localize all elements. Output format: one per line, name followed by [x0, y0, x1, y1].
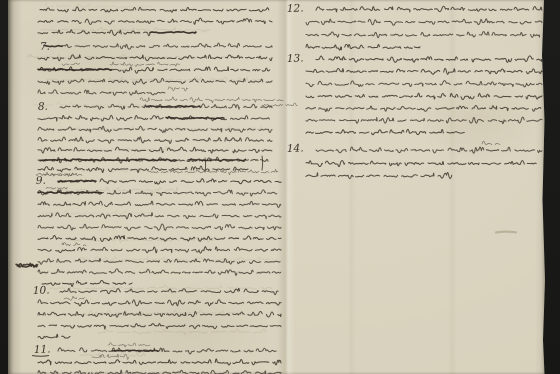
paragraph-number: 13. — [287, 52, 304, 65]
manuscript-scan: 7.8.9.10.11.12.13.14. — [8, 0, 545, 374]
paragraph-number: 8. — [38, 101, 48, 113]
handwriting-line — [38, 55, 272, 61]
paragraph-item-8: 8. — [36, 97, 283, 176]
strikethrough-mark — [188, 159, 246, 161]
paragraph-item-14: 14. — [287, 141, 542, 178]
interlinear-insert — [148, 169, 278, 175]
manuscript-page-right: 12.13.14. — [262, 2, 542, 178]
handwriting-line — [38, 224, 281, 230]
strikethrough-mark — [150, 32, 196, 33]
handwriting-line — [38, 311, 281, 317]
handwriting-line — [306, 19, 542, 25]
interlinear-insert — [482, 141, 500, 144]
handwriting-line — [38, 126, 272, 132]
handwriting-line — [38, 334, 70, 338]
handwriting-line — [38, 137, 272, 144]
insertion-tick-mark — [205, 158, 206, 172]
interlinear-insert — [110, 62, 180, 66]
paragraph-number: 7. — [40, 41, 50, 53]
handwriting-line — [58, 348, 276, 354]
handwriting-line — [38, 90, 165, 96]
paragraph-item-continued — [38, 7, 272, 36]
strikethrough-mark — [38, 192, 102, 194]
handwriting-line — [306, 173, 452, 179]
handwriting-line — [316, 147, 542, 153]
scan-viewport: 7.8.9.10.11.12.13.14. — [0, 0, 560, 374]
handwriting-line — [38, 323, 281, 329]
handwriting-line — [62, 43, 272, 49]
strikethrough-mark — [112, 350, 158, 351]
interlinear-insert — [140, 97, 283, 103]
handwriting-line — [306, 129, 464, 134]
handwriting-line — [38, 115, 269, 121]
paragraph-number: 10. — [33, 284, 50, 297]
interlinear-insert — [46, 187, 67, 189]
pencil-smudge — [496, 232, 516, 233]
paragraph-item-11: 11. — [32, 342, 281, 374]
interlinear-insert — [62, 63, 80, 65]
handwriting-line — [316, 56, 542, 62]
paragraph-item-13: 13. — [262, 52, 542, 134]
handwriting-line — [38, 247, 281, 253]
interlinear-insert — [64, 296, 85, 300]
handwriting-line — [316, 6, 542, 12]
handwriting-line — [306, 68, 542, 74]
handwriting-line — [306, 93, 542, 99]
paragraph-number: 11. — [34, 343, 51, 356]
handwriting-line — [38, 300, 281, 306]
handwriting-line — [306, 161, 536, 167]
paragraph-item-10: 10. — [33, 284, 281, 338]
handwriting-line — [306, 81, 542, 87]
paragraph-number: 14. — [287, 142, 304, 155]
insertion-tick-mark — [262, 156, 263, 170]
handwriting-line — [38, 269, 281, 275]
strikethrough-mark — [40, 159, 176, 161]
handwriting-line — [306, 32, 540, 38]
interlinear-insert — [62, 243, 86, 246]
handwriting-line — [306, 44, 420, 50]
handwriting-line — [38, 201, 281, 207]
handwriting-line — [38, 147, 272, 153]
handwriting-line — [38, 18, 272, 24]
strikethrough-mark — [166, 117, 224, 119]
paragraph-item-12: 12. — [287, 2, 542, 50]
bleedthrough-ghost-line — [98, 329, 266, 335]
handwriting-line — [306, 106, 541, 112]
interlinear-insert — [44, 172, 82, 175]
interlinear-insert — [168, 87, 188, 91]
handwriting-line — [306, 117, 542, 123]
paragraph-number: 9. — [36, 175, 46, 187]
strikethrough-mark — [38, 69, 112, 71]
handwriting-line — [38, 370, 281, 374]
paragraph-item-7: 7. — [38, 41, 272, 96]
handwriting-line — [60, 288, 278, 294]
interlinear-insert — [108, 342, 150, 347]
handwriting-line — [40, 7, 269, 12]
handwriting-layer: 7.8.9.10.11.12.13.14. — [8, 0, 545, 374]
bleedthrough-ghost-line — [68, 168, 145, 173]
handwriting-line — [42, 281, 132, 287]
handwriting-line — [38, 78, 272, 84]
paragraph-number: 12. — [287, 2, 304, 15]
handwriting-line — [38, 359, 281, 365]
